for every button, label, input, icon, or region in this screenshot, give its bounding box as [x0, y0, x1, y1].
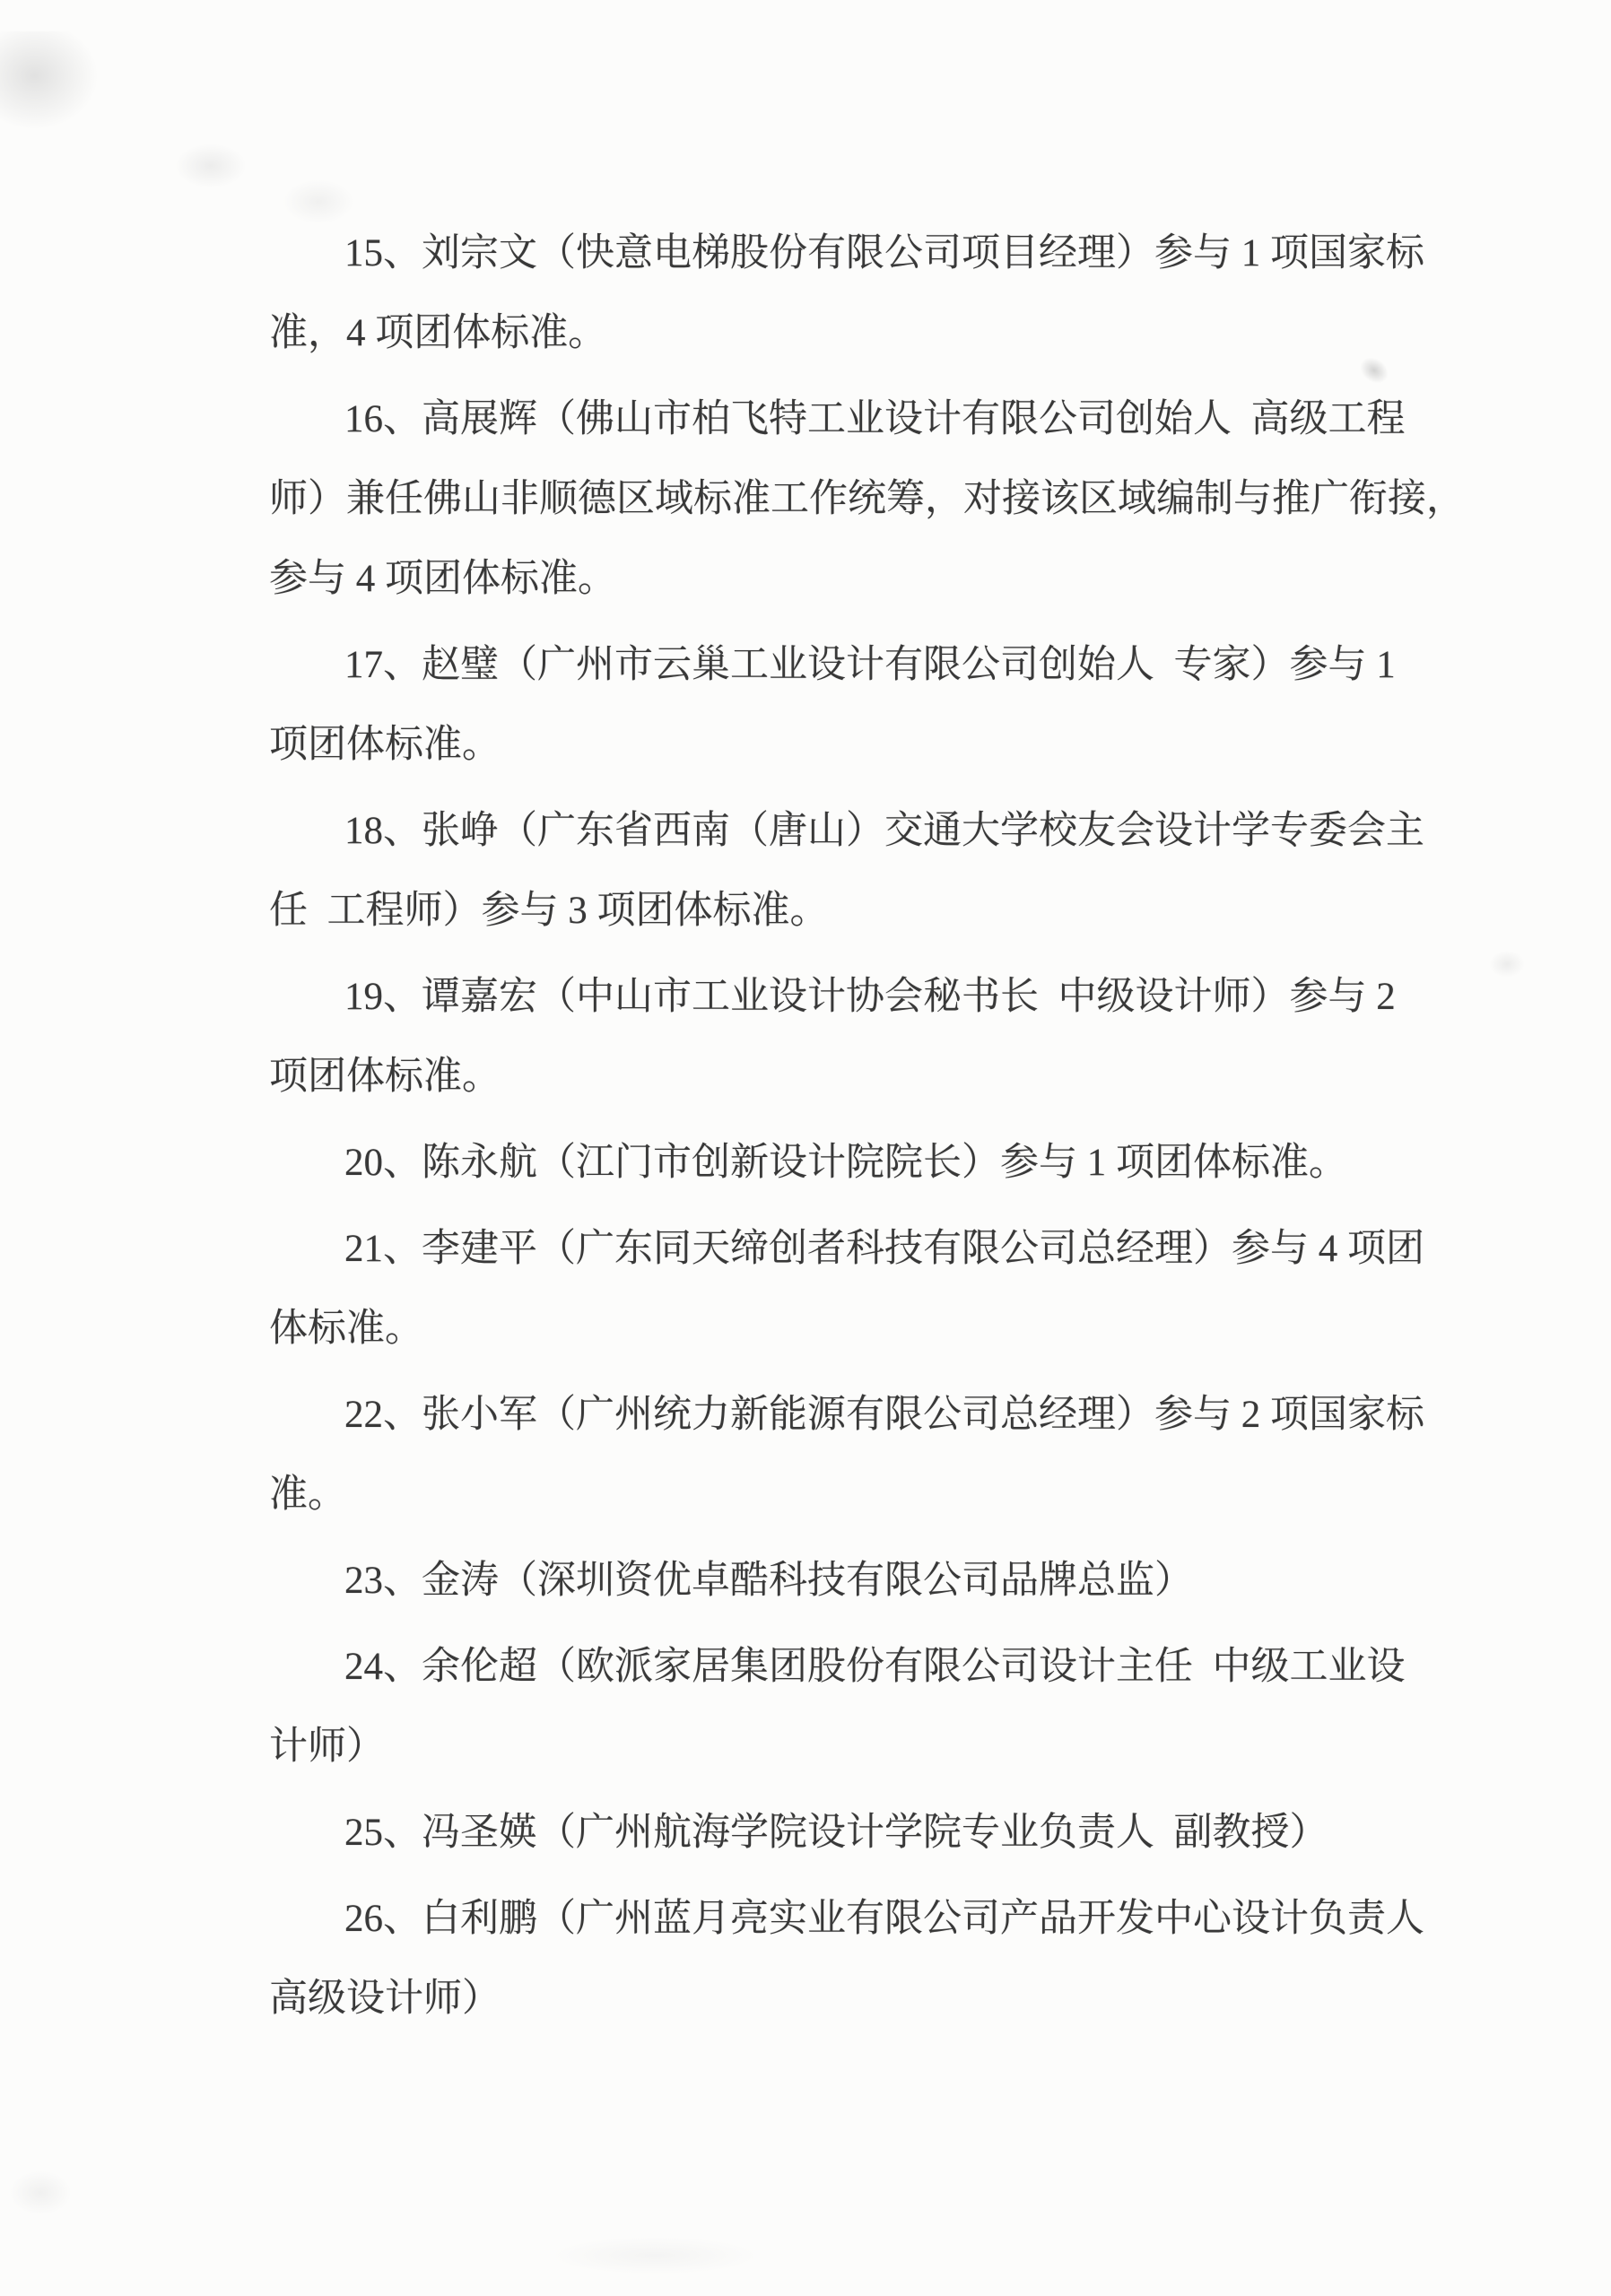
scan-smudge	[9, 2170, 72, 2215]
document-body: 15、刘宗文（快意电梯股份有限公司项目经理）参与 1 项国家标准，4 项团体标准…	[269, 213, 1465, 2045]
scan-smudge	[556, 2238, 753, 2274]
text-line: 26、白利鹏（广州蓝月亮实业有限公司产品开发中心设计负责人	[269, 1879, 1465, 1959]
list-item: 23、金涛（深圳资优卓酷科技有限公司品牌总监）	[269, 1541, 1465, 1621]
text-line: 15、刘宗文（快意电梯股份有限公司项目经理）参与 1 项国家标	[269, 213, 1465, 293]
text-line: 准。	[269, 1455, 1465, 1535]
list-item: 16、高展辉（佛山市柏飞特工业设计有限公司创始人 高级工程师）兼任佛山非顺德区域…	[269, 379, 1465, 619]
text-line: 计师）	[269, 1707, 1465, 1787]
text-line: 参与 4 项团体标准。	[269, 539, 1465, 619]
text-line: 18、张峥（广东省西南（唐山）交通大学校友会设计学专委会主	[269, 791, 1465, 871]
list-item: 26、白利鹏（广州蓝月亮实业有限公司产品开发中心设计负责人高级设计师）	[269, 1879, 1465, 2039]
list-item: 24、余伦超（欧派家居集团股份有限公司设计主任 中级工业设计师）	[269, 1627, 1465, 1787]
list-item: 18、张峥（广东省西南（唐山）交通大学校友会设计学专委会主任 工程师）参与 3 …	[269, 791, 1465, 951]
scan-smudge	[0, 31, 99, 130]
text-line: 高级设计师）	[269, 1959, 1465, 2039]
text-line: 19、谭嘉宏（中山市工业设计协会秘书长 中级设计师）参与 2	[269, 957, 1465, 1037]
text-line: 20、陈永航（江门市创新设计院院长）参与 1 项团体标准。	[269, 1123, 1465, 1203]
document-page: 15、刘宗文（快意电梯股份有限公司项目经理）参与 1 项国家标准，4 项团体标准…	[0, 0, 1611, 2296]
text-line: 任 工程师）参与 3 项团体标准。	[269, 871, 1465, 951]
text-line: 师）兼任佛山非顺德区域标准工作统筹，对接该区域编制与推广衔接，	[269, 459, 1465, 539]
list-item: 21、李建平（广东同天缔创者科技有限公司总经理）参与 4 项团体标准。	[269, 1209, 1465, 1369]
text-line: 项团体标准。	[269, 1037, 1465, 1117]
list-item: 19、谭嘉宏（中山市工业设计协会秘书长 中级设计师）参与 2项团体标准。	[269, 957, 1465, 1117]
scan-smudge	[1489, 951, 1525, 978]
list-item: 25、冯圣媖（广州航海学院设计学院专业负责人 副教授）	[269, 1793, 1465, 1873]
text-line: 23、金涛（深圳资优卓酷科技有限公司品牌总监）	[269, 1541, 1465, 1621]
text-line: 17、赵璧（广州市云巢工业设计有限公司创始人 专家）参与 1	[269, 625, 1465, 705]
list-item: 15、刘宗文（快意电梯股份有限公司项目经理）参与 1 项国家标准，4 项团体标准…	[269, 213, 1465, 373]
text-line: 22、张小军（广州统力新能源有限公司总经理）参与 2 项国家标	[269, 1375, 1465, 1455]
text-line: 项团体标准。	[269, 705, 1465, 785]
text-line: 准，4 项团体标准。	[269, 293, 1465, 373]
text-line: 16、高展辉（佛山市柏飞特工业设计有限公司创始人 高级工程	[269, 379, 1465, 459]
list-item: 22、张小军（广州统力新能源有限公司总经理）参与 2 项国家标准。	[269, 1375, 1465, 1535]
text-line: 体标准。	[269, 1289, 1465, 1369]
scan-smudge	[175, 143, 247, 188]
text-line: 25、冯圣媖（广州航海学院设计学院专业负责人 副教授）	[269, 1793, 1465, 1873]
text-line: 24、余伦超（欧派家居集团股份有限公司设计主任 中级工业设	[269, 1627, 1465, 1707]
text-line: 21、李建平（广东同天缔创者科技有限公司总经理）参与 4 项团	[269, 1209, 1465, 1289]
list-item: 17、赵璧（广州市云巢工业设计有限公司创始人 专家）参与 1项团体标准。	[269, 625, 1465, 785]
list-item: 20、陈永航（江门市创新设计院院长）参与 1 项团体标准。	[269, 1123, 1465, 1203]
